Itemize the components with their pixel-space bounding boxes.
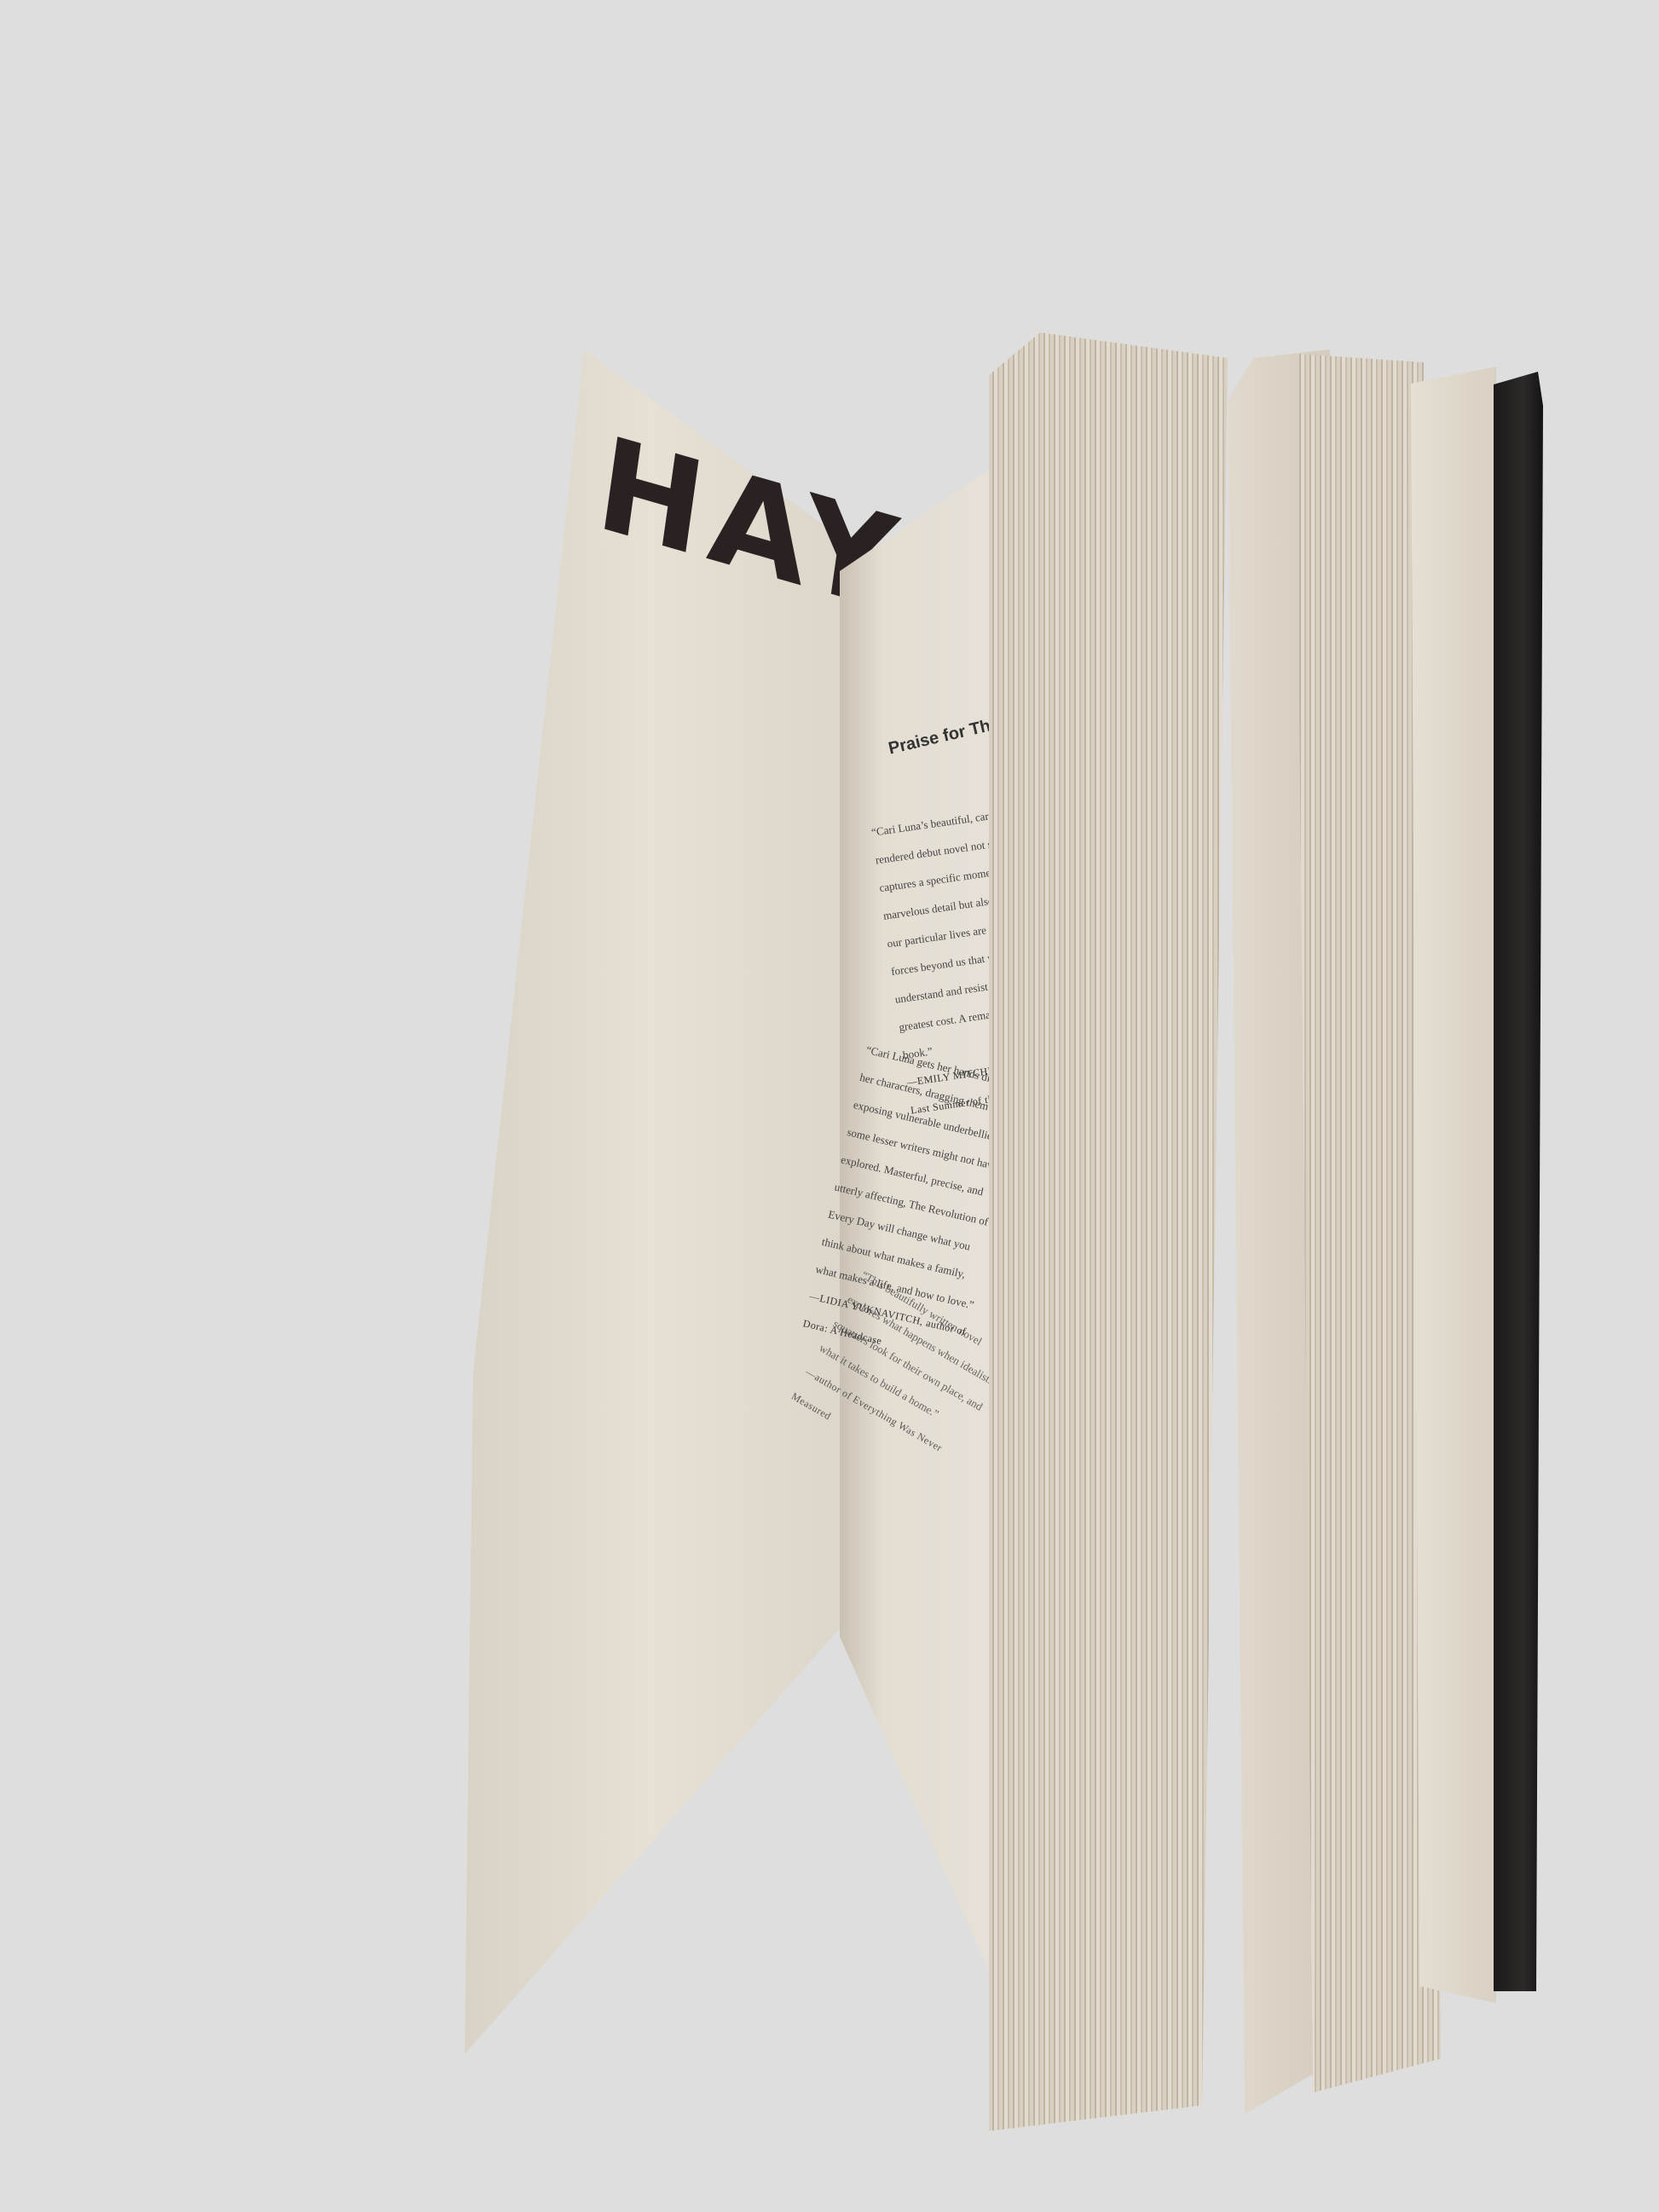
- endpaper: [1411, 367, 1496, 2003]
- page-block-edge: [989, 332, 1228, 2131]
- book-cover-spine: [1494, 372, 1543, 1991]
